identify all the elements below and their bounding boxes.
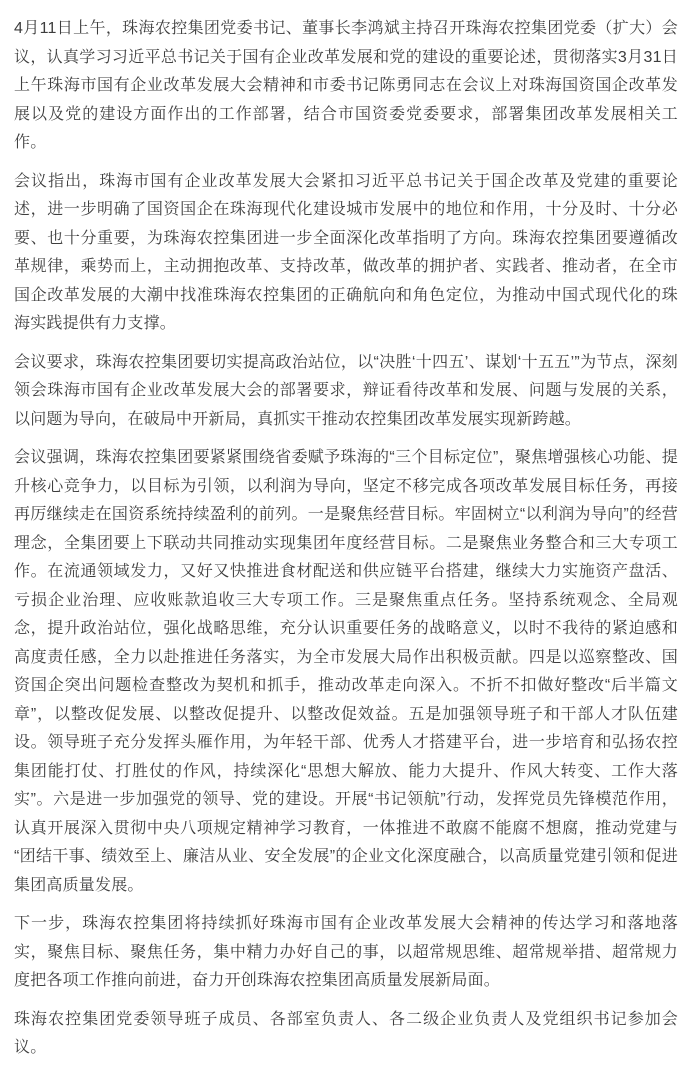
paragraph-attendees: 珠海农控集团党委领导班子成员、各部室负责人、各二级企业负责人及党组织书记参加会议… <box>14 1006 678 1063</box>
article-body: 4月11日上午，珠海农控集团党委书记、董事长李鸿斌主持召开珠海农控集团党委（扩大… <box>0 0 692 1083</box>
paragraph-meeting-emphasized: 会议强调，珠海农控集团要紧紧围绕省委赋予珠海的“三个目标定位”，聚焦增强核心功能… <box>14 444 678 900</box>
paragraph-next-steps: 下一步，珠海农控集团将持续抓好珠海市国有企业改革发展大会精神的传达学习和落地落实… <box>14 910 678 996</box>
paragraph-meeting-opening: 4月11日上午，珠海农控集团党委书记、董事长李鸿斌主持召开珠海农控集团党委（扩大… <box>14 15 678 158</box>
paragraph-meeting-pointed-out: 会议指出，珠海市国有企业改革发展大会紧扣习近平总书记关于国企改革及党建的重要论述… <box>14 168 678 339</box>
paragraph-meeting-required: 会议要求，珠海农控集团要切实提高政治站位，以“决胜‘十四五’、谋划‘十五五’”为… <box>14 349 678 435</box>
